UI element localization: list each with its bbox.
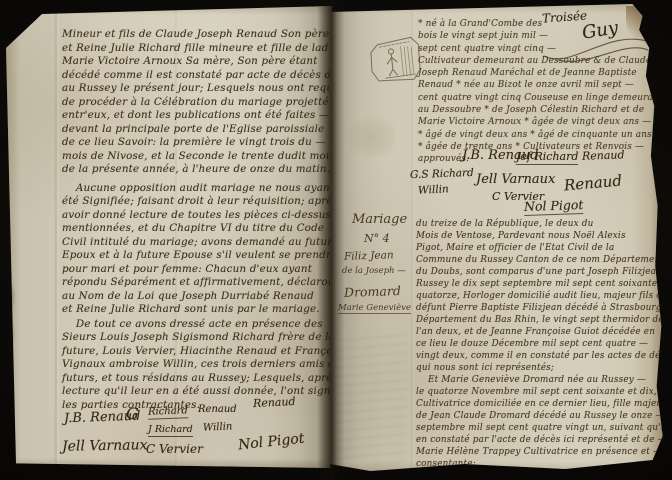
handwritten-line: Commune du Russey Canton de ce nom Dépar… <box>416 254 664 266</box>
signature: Jell Varnaux <box>476 172 555 187</box>
margin-spouse-name: de la Joseph — <box>342 266 406 276</box>
handwritten-line: vingt deux, comme il en constaté par les… <box>416 350 664 362</box>
handwritten-line: au Nom de la Loi que Joseph Durriabé Ren… <box>62 290 328 304</box>
handwritten-line: Mineur et fils de Claude Joseph Renaud S… <box>62 28 328 42</box>
handwritten-line: Renaud * née au Bizot le onze avril mil … <box>418 79 664 91</box>
handwritten-line: au Russey le présent jour; Lesquels nous… <box>62 82 328 96</box>
signature: J Richard <box>148 424 193 437</box>
handwritten-line: devant la principale porte de l'Eglise p… <box>62 123 328 137</box>
handwritten-line: et Reine Julie Richard sont unis par le … <box>62 303 328 317</box>
signature: Nol Pigot <box>237 431 305 454</box>
handwritten-line: De tout ce avons dressé acte en présence… <box>62 318 328 332</box>
handwritten-line: Marie Victoire Arnoux Sa mère, Son père … <box>62 55 328 69</box>
margin-act-title: Mariage <box>352 212 407 227</box>
marriage-act-paragraph: Mineur et fils de Claude Joseph Renaud S… <box>62 28 328 177</box>
handwritten-line: qui nous sont ici représentés; <box>416 362 664 374</box>
handwritten-line: au Dessoubre * de Joseph Célestin Richar… <box>418 104 664 116</box>
handwritten-line: Mois de Ventose, Pardevant nous Noël Ale… <box>416 230 664 242</box>
margin-spouse-name: Marie Geneviève <box>338 303 411 314</box>
signature: Renaud <box>198 404 237 415</box>
handwritten-line: du Doubs, sont comparus d'une part Josep… <box>416 266 664 278</box>
signature: Willin <box>418 183 449 197</box>
second-act-body-text: du treize de la République, le deux duMo… <box>416 218 664 470</box>
handwritten-line: l'an deux, et de Jeanne Françoise Guiot … <box>416 326 664 338</box>
handwritten-line: Cultivateur demeurant au Dessoubre & de … <box>418 55 664 67</box>
handwritten-line: répondu Séparément et affirmativement, d… <box>62 276 328 290</box>
handwritten-line: septembre mil sept cent quatre vingt un,… <box>416 422 664 434</box>
renvois-margin-block: * né à la Grand'Combe desbois le vingt s… <box>418 18 664 166</box>
handwritten-line: et Reine Julie Richard fille mineure et … <box>62 42 328 56</box>
signature: Richard <box>148 405 188 419</box>
handwritten-line: le quatorze Novembre mil sept cent soixa… <box>416 386 664 398</box>
handwritten-line: Vignaux ambroise Willin, ces trois derni… <box>62 358 328 372</box>
handwritten-line: Cultivatrice domiciliée en ce dernier li… <box>416 398 664 410</box>
handwritten-line: cent quatre vingt cinq Couseuse en linge… <box>418 92 664 104</box>
handwritten-line: Russey le dix sept septembre mil sept ce… <box>416 278 664 290</box>
ghost-stamp-bleedthrough <box>344 112 399 162</box>
handwritten-line: de procéder à la Célébration du mariage … <box>62 96 328 110</box>
handwritten-line: Marie Hélène Trappey Cultivatrice en pré… <box>416 446 664 458</box>
handwritten-line: mentionnées, et du Chapitre VI du titre … <box>62 222 328 236</box>
signature: Nol Pigot <box>524 197 584 216</box>
handwritten-line: futurs, et tous résidans au Russey; Lesq… <box>62 372 328 386</box>
signature: Jef Richard <box>516 150 578 165</box>
ink-showthrough-smudge <box>333 331 407 464</box>
handwritten-line: mois de Nivose, et la Seconde le trente … <box>62 150 328 164</box>
signature: Jell Varnaux <box>62 437 148 454</box>
scanned-register-spread: Mineur et fils de Claude Joseph Renaud S… <box>0 0 672 480</box>
fold-crease <box>54 6 60 468</box>
signature-paraph: G <box>126 404 139 423</box>
handwritten-line: ce lieu le douze Décembre mil sept cent … <box>416 338 664 350</box>
left-page-body-text: Mineur et fils de Claude Joseph Renaud S… <box>62 28 328 412</box>
handwritten-line: Joseph Renaud Maréchal et de Jeanne Bapt… <box>418 67 664 79</box>
right-page: Troisée Guy * né à la Grand'Combe desboi… <box>330 4 666 474</box>
left-page: Mineur et fils de Claude Joseph Renaud S… <box>6 6 332 468</box>
handwritten-line: de ce lieu Savoir: la première le vingt … <box>62 136 328 150</box>
handwritten-line: du treize de la République, le deux du <box>416 218 664 230</box>
margin-act-number: N° 4 <box>364 232 390 245</box>
handwritten-line: future, Louis Vervier, Hiacinthe Renaud … <box>62 345 328 359</box>
handwritten-line: * né à la Grand'Combe des <box>418 18 664 30</box>
handwritten-line: de la présente année, à l'heure de onze … <box>62 163 328 177</box>
handwritten-line: décédé comme il est constaté par acte de… <box>62 69 328 83</box>
signature: C Vervier <box>146 442 203 456</box>
handwritten-line: Civil intitulé du mariage; avons demandé… <box>62 236 328 250</box>
signature: Renaud <box>563 172 622 195</box>
handwritten-line: été Signifiée; faisant droit à leur réqu… <box>62 195 328 209</box>
handwritten-line: entr'eux, et dont les publications ont é… <box>62 109 328 123</box>
handwritten-line: * âgé de vingt deux ans * âgé de cinquan… <box>418 129 664 141</box>
handwritten-line: quatorze, Horloger domicilié audit lieu,… <box>416 290 664 302</box>
marriage-act-paragraph: Aucune opposition audit mariage ne nous … <box>62 182 328 317</box>
handwritten-line: Département du Bas Rhin, le vingt sept t… <box>416 314 664 326</box>
margin-spouse-name: Filiz Jean <box>344 249 394 263</box>
handwritten-line: pour mari et pour femme: Chacun d'eux ay… <box>62 263 328 277</box>
handwritten-line: Et Marie Geneviève Dromard née au Russey… <box>416 374 664 386</box>
handwritten-line: de Jean Claude Dromard décédé au Russey … <box>416 410 664 422</box>
signature: Willin <box>203 421 233 434</box>
handwritten-line: Pigot, Maire et officier de l'Etat Civil… <box>416 242 664 254</box>
handwritten-line: Marie Victoire Arnoux * âgée de vingt de… <box>418 116 664 128</box>
handwritten-line: avoir donné lecture de toutes les pièces… <box>62 209 328 223</box>
signature: Renaud <box>253 395 296 410</box>
handwritten-line: bois le vingt sept juin mil — <box>418 30 664 42</box>
handwritten-line: sept cent quatre vingt cinq — <box>418 43 664 55</box>
handwritten-line: Epoux et à la future Epouse s'il veulent… <box>62 249 328 263</box>
handwritten-line: consentante; <box>416 458 664 470</box>
signature: G.S Richard <box>410 167 474 181</box>
handwritten-line: Sieurs Louis Joseph Sigismond Richard fr… <box>62 331 328 345</box>
margin-spouse-name: Dromard <box>344 283 401 300</box>
handwritten-line: en constaté par l'acte de décès ici repr… <box>416 434 664 446</box>
handwritten-line: défunt Pierre Baptiste Filizjean décédé … <box>416 302 664 314</box>
handwritten-line: Aucune opposition audit mariage ne nous … <box>62 182 328 196</box>
signature: Renaud <box>582 148 625 162</box>
